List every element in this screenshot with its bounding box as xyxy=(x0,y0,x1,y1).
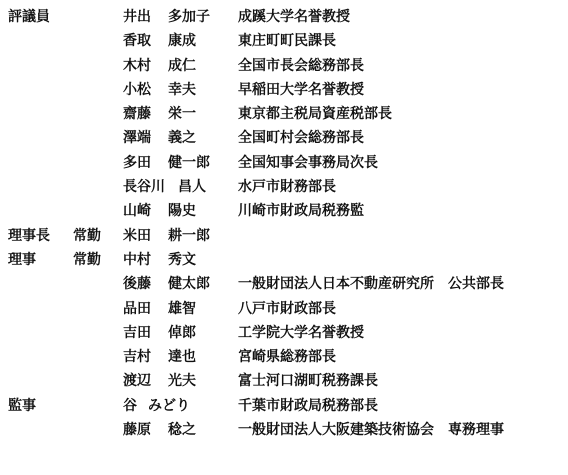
given-name: 耕一郎 xyxy=(168,226,210,246)
roster-row: 評議員 井出 多加子 成蹊大学名誉教授 xyxy=(0,7,568,31)
family-name: 米田 xyxy=(123,226,151,246)
family-name: 谷 xyxy=(123,396,137,416)
roster-row: 長谷川 昌人 水戸市財務部長 xyxy=(0,177,568,201)
affiliation-title: 千葉市財政局税務部長 xyxy=(238,396,378,416)
given-name: 達也 xyxy=(168,347,196,367)
roster-row: 渡辺 光夫 富士河口湖町税務課長 xyxy=(0,371,568,395)
roster-row: 齋藤 栄一 東京都主税局資産税部長 xyxy=(0,104,568,128)
given-name: 稔之 xyxy=(168,420,196,440)
family-name: 吉田 xyxy=(123,323,151,343)
affiliation-title: 八戸市財政部長 xyxy=(238,299,336,319)
family-name: 齋藤 xyxy=(123,104,151,124)
family-name: 多田 xyxy=(123,153,151,173)
given-name: 陽史 xyxy=(168,201,196,221)
given-name: 康成 xyxy=(168,31,196,51)
given-name: みどり xyxy=(148,396,190,416)
given-name: 雄智 xyxy=(168,299,196,319)
affiliation-title: 水戸市財務部長 xyxy=(238,177,336,197)
family-name: 長谷川 xyxy=(123,177,165,197)
family-name: 井出 xyxy=(123,7,151,27)
affiliation-title: 全国知事会事務局次長 xyxy=(238,153,378,173)
roster-row: 品田 雄智 八戸市財政部長 xyxy=(0,299,568,323)
affiliation-title: 一般財団法人日本不動産研究所 公共部長 xyxy=(238,274,504,294)
family-name: 品田 xyxy=(123,299,151,319)
roster-row: 後藤 健太郎 一般財団法人日本不動産研究所 公共部長 xyxy=(0,274,568,298)
family-name: 山崎 xyxy=(123,201,151,221)
family-name: 渡辺 xyxy=(123,371,151,391)
roster-row: 理事 常勤 中村 秀文 xyxy=(0,250,568,274)
affiliation-title: 成蹊大学名誉教授 xyxy=(238,7,350,27)
family-name: 後藤 xyxy=(123,274,151,294)
given-name: 成仁 xyxy=(168,56,196,76)
given-name: 幸夫 xyxy=(168,80,196,100)
family-name: 吉村 xyxy=(123,347,151,367)
family-name: 藤原 xyxy=(123,420,151,440)
roster-row: 澤端 義之 全国町村会総務部長 xyxy=(0,128,568,152)
given-name: 倬郎 xyxy=(168,323,196,343)
roster-row: 藤原 稔之 一般財団法人大阪建築技術協会 専務理事 xyxy=(0,420,568,444)
affiliation-title: 全国市長会総務部長 xyxy=(238,56,364,76)
affiliation-title: 早稲田大学名誉教授 xyxy=(238,80,364,100)
roster-row: 理事長 常勤 米田 耕一郎 xyxy=(0,226,568,250)
affiliation-title: 川崎市財政局税務監 xyxy=(238,201,364,221)
roster-row: 吉田 倬郎 工学院大学名誉教授 xyxy=(0,323,568,347)
given-name: 健一郎 xyxy=(168,153,210,173)
role-label: 監事 xyxy=(8,396,36,416)
given-name: 昌人 xyxy=(178,177,206,197)
affiliation-title: 富士河口湖町税務課長 xyxy=(238,371,378,391)
affiliation-title: 工学院大学名誉教授 xyxy=(238,323,364,343)
family-name: 香取 xyxy=(123,31,151,51)
roster-row: 監事 谷 みどり 千葉市財政局税務部長 xyxy=(0,396,568,420)
affiliation-title: 東庄町町民課長 xyxy=(238,31,336,51)
affiliation-title: 宮崎県総務部長 xyxy=(238,347,336,367)
given-name: 栄一 xyxy=(168,104,196,124)
roster-row: 香取 康成 東庄町町民課長 xyxy=(0,31,568,55)
family-name: 小松 xyxy=(123,80,151,100)
roster-row: 吉村 達也 宮崎県総務部長 xyxy=(0,347,568,371)
affiliation-title: 東京都主税局資産税部長 xyxy=(238,104,392,124)
given-name: 秀文 xyxy=(168,250,196,270)
officer-roster: 評議員 井出 多加子 成蹊大学名誉教授 香取 康成 東庄町町民課長 木村 成仁 … xyxy=(0,7,568,444)
given-name: 義之 xyxy=(168,128,196,148)
roster-row: 木村 成仁 全国市長会総務部長 xyxy=(0,56,568,80)
role-label: 評議員 xyxy=(8,7,50,27)
roster-row: 山崎 陽史 川崎市財政局税務監 xyxy=(0,201,568,225)
family-name: 澤端 xyxy=(123,128,151,148)
given-name: 健太郎 xyxy=(168,274,210,294)
role-label: 理事 xyxy=(8,250,36,270)
family-name: 木村 xyxy=(123,56,151,76)
given-name: 多加子 xyxy=(168,7,210,27)
given-name: 光夫 xyxy=(168,371,196,391)
affiliation-title: 全国町村会総務部長 xyxy=(238,128,364,148)
roster-row: 多田 健一郎 全国知事会事務局次長 xyxy=(0,153,568,177)
roster-row: 小松 幸夫 早稲田大学名誉教授 xyxy=(0,80,568,104)
affiliation-title: 一般財団法人大阪建築技術協会 専務理事 xyxy=(238,420,504,440)
family-name: 中村 xyxy=(123,250,151,270)
employment-type: 常勤 xyxy=(73,250,101,270)
employment-type: 常勤 xyxy=(73,226,101,246)
role-label: 理事長 xyxy=(8,226,50,246)
